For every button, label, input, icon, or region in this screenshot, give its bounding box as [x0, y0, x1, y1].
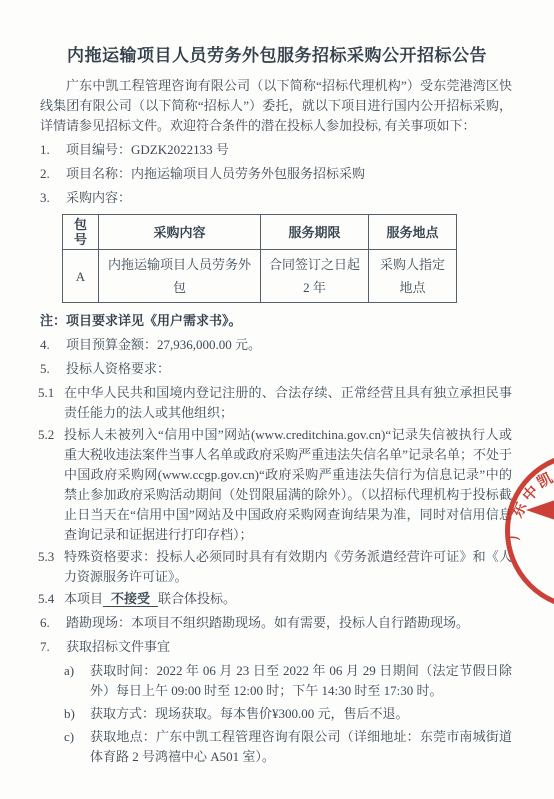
- list-item-procurement-content: 3. 采购内容：: [40, 188, 512, 208]
- item-text: 项目编号：GDZK2022133 号: [66, 142, 229, 157]
- sub-item-5-4: 5.4 本项目不接受联合体投标。: [38, 589, 512, 609]
- seal-character: 广: [508, 525, 524, 541]
- item-text-post: 联合体投标。: [158, 591, 236, 606]
- sub-item-5-3: 5.3 特殊资格要求：投标人必须同时具有有效期内《劳务派遣经营许可证》和《人力资…: [38, 547, 512, 587]
- cell-content: 内拖运输项目人员劳务外包: [99, 250, 261, 303]
- sub-item-5-2: 5.2 投标人未被列入“信用中国”网站(www.creditchina.gov.…: [38, 425, 512, 545]
- item-number: 3.: [40, 188, 50, 208]
- letter-item-b: b) 获取方式：现场获取。每本售价¥300.00 元，售后不退。: [64, 704, 512, 724]
- item-number: 5.2: [38, 425, 54, 445]
- seal-character: 凯: [535, 471, 554, 491]
- item-letter: c): [64, 727, 74, 747]
- letter-item-c: c) 获取地点：广东中凯工程管理咨询有限公司（详细地址：东莞市南城街道体育路 2…: [64, 727, 512, 767]
- item-text: 获取地点：广东中凯工程管理咨询有限公司（详细地址：东莞市南城街道体育路 2 号鸿…: [90, 729, 512, 764]
- sub-item-5-1: 5.1 在中华人民共和国境内登记注册的、合法存续、正常经营且具有独立承担民事责任…: [38, 383, 512, 423]
- seal-star-icon: [526, 499, 554, 521]
- table-header-location: 服务地点: [369, 215, 457, 250]
- procurement-table: 包号 采购内容 服务期限 服务地点 A 内拖运输项目人员劳务外包 合同签订之日起…: [62, 214, 457, 303]
- document-page: 内拖运输项目人员劳务外包服务招标采购公开招标公告 广东中凯工程管理咨询有限公司（…: [0, 0, 554, 799]
- list-item-site-visit: 6. 踏勘现场：本项目不组织踏勘现场。如有需要，投标人自行踏勘现场。: [40, 613, 512, 633]
- cell-period: 合同签订之日起 2 年: [261, 250, 369, 303]
- company-seal-stamp: 广 东 中 凯: [505, 452, 554, 610]
- cell-location: 采购人指定地点: [369, 250, 457, 303]
- item-text: 项目名称：内拖运输项目人员劳务外包服务招标采购: [66, 166, 365, 181]
- note-line: 注：项目要求详见《用户需求书》。: [40, 311, 512, 331]
- table-header-row: 包号 采购内容 服务期限 服务地点: [63, 215, 457, 250]
- item-text: 在中华人民共和国境内登记注册的、合法存续、正常经营且具有独立承担民事责任能力的法…: [64, 385, 512, 420]
- item-text: 投标人资格要求：: [66, 361, 170, 376]
- item-number: 2.: [40, 164, 50, 184]
- table-header-content: 采购内容: [99, 215, 261, 250]
- item-text: 项目预算金额：27,936,000.00 元。: [66, 337, 261, 352]
- item-letter: a): [64, 661, 74, 681]
- item-number: 1.: [40, 140, 50, 160]
- table-row: A 内拖运输项目人员劳务外包 合同签订之日起 2 年 采购人指定地点: [63, 250, 457, 303]
- item-letter: b): [64, 704, 75, 724]
- list-item-project-number: 1. 项目编号：GDZK2022133 号: [40, 140, 512, 160]
- cell-package: A: [63, 250, 99, 303]
- item-text: 获取招标文件事宜: [66, 639, 170, 654]
- item-number: 5.: [40, 359, 50, 379]
- item-number: 5.1: [38, 383, 54, 403]
- item-number: 7.: [40, 637, 50, 657]
- item-text: 投标人未被列入“信用中国”网站(www.creditchina.gov.cn)“…: [64, 427, 512, 542]
- item-number: 4.: [40, 335, 50, 355]
- item-text: 获取时间：2022 年 06 月 23 日至 2022 年 06 月 29 日期…: [90, 663, 512, 698]
- item-text-pre: 本项目: [64, 591, 103, 606]
- item-text: 获取方式：现场获取。每本售价¥300.00 元，售后不退。: [90, 706, 409, 721]
- item-text: 特殊资格要求：投标人必须同时具有有效期内《劳务派遣经营许可证》和《人力资源服务许…: [64, 549, 512, 584]
- table-header-package: 包号: [63, 215, 99, 250]
- list-item-budget: 4. 项目预算金额：27,936,000.00 元。: [40, 335, 512, 355]
- underlined-value: 不接受: [103, 591, 158, 607]
- item-text: 采购内容：: [66, 190, 131, 205]
- list-item-qualification: 5. 投标人资格要求：: [40, 359, 512, 379]
- list-item-obtain-documents: 7. 获取招标文件事宜: [40, 637, 512, 657]
- letter-item-a: a) 获取时间：2022 年 06 月 23 日至 2022 年 06 月 29…: [64, 661, 512, 701]
- item-number: 6.: [40, 613, 50, 633]
- table-header-period: 服务期限: [261, 215, 369, 250]
- list-item-project-name: 2. 项目名称：内拖运输项目人员劳务外包服务招标采购: [40, 164, 512, 184]
- item-number: 5.4: [38, 589, 54, 609]
- item-text: 踏勘现场：本项目不组织踏勘现场。如有需要，投标人自行踏勘现场。: [66, 615, 469, 630]
- item-number: 5.3: [38, 547, 54, 567]
- document-title: 内拖运输项目人员劳务外包服务招标采购公开招标公告: [30, 44, 524, 68]
- intro-paragraph: 广东中凯工程管理咨询有限公司（以下简称“招标代理机构”）受东莞港湾区快线集团有限…: [40, 76, 512, 136]
